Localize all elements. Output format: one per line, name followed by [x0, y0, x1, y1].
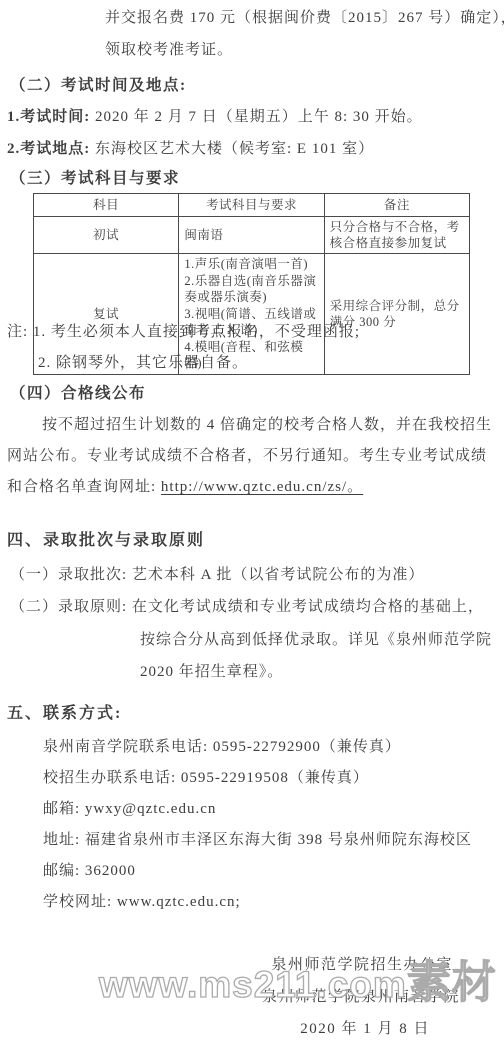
qualify-para-line-3: 和合格名单查询网址: http://www.qztc.edu.cn/zs/。 [7, 477, 363, 497]
requirement-item: 1.声乐(南音演唱一首) [184, 256, 318, 273]
results-url-link[interactable]: http://www.qztc.edu.cn/zs/。 [161, 479, 363, 495]
contact-postcode: 邮编: 362000 [43, 861, 136, 881]
document-page: 并交报名费 170 元（根据闽价费〔2015〕267 号）确定）， 领取校考准考… [0, 0, 504, 1042]
exam-subjects-table: 科目 考试科目与要求 备注 初试 闽南语 只分合格与不合格，考核合格直接参加复试… [33, 193, 470, 375]
exam-time-value: 2020 年 2 月 7 日（星期五）上午 8: 30 开始。 [90, 109, 422, 125]
signature-date: 2020 年 1 月 8 日 [300, 1017, 430, 1038]
admission-principle-line-1: （二）录取原则: 在文化考试成绩和专业考试成绩均合格的基础上， [10, 597, 484, 617]
requirement-item: 2.乐器自选(南音乐器演奏或器乐演奏) [184, 273, 318, 306]
qualify-para-line-1: 按不超过招生计划数的 4 倍确定的校考合格人数，并在我校招生 [42, 415, 492, 435]
row1-requirements: 闽南语 [179, 217, 324, 254]
exam-place-value: 东海校区艺术大楼（候考室: E 101 室） [90, 141, 374, 157]
table-header-row: 科目 考试科目与要求 备注 [34, 194, 470, 217]
row2-remark: 采用综合评分制，总分满分 300 分 [324, 254, 469, 375]
section4-heading: （四）合格线公布 [10, 384, 146, 404]
row1-subject: 初试 [34, 217, 179, 254]
section2-heading: （二）考试时间及地点: [10, 76, 187, 96]
section3-heading: （三）考试科目与要求 [10, 169, 180, 189]
exam-time-line: 1.考试时间: 2020 年 2 月 7 日（星期五）上午 8: 30 开始。 [7, 107, 423, 127]
table-row: 初试 闽南语 只分合格与不合格，考核合格直接参加复试 [34, 217, 470, 254]
exam-place-label: 2.考试地点: [7, 141, 90, 157]
watermark-latin: www.ms211.com [99, 964, 407, 1005]
part4-heading: 四、录取批次与录取原则 [7, 531, 205, 551]
contact-address: 地址: 福建省泉州市丰泽区东海大街 398 号泉州师院东海校区 [43, 830, 472, 850]
header-subject: 科目 [34, 194, 179, 217]
admission-batch-line: （一）录取批次: 艺术本科 A 批（以省考试院公布的为准） [10, 565, 424, 585]
contact-email: 邮箱: ywxy@qztc.edu.cn [43, 799, 216, 819]
intro-line-2: 领取校考准考证。 [105, 40, 233, 60]
row1-remark: 只分合格与不合格，考核合格直接参加复试 [324, 217, 469, 254]
intro-line-1: 并交报名费 170 元（根据闽价费〔2015〕267 号）确定）， [105, 8, 504, 28]
note-line-2: 2. 除钢琴外，其它乐器自备。 [38, 353, 248, 373]
header-remark: 备注 [324, 194, 469, 217]
contact-phone-nanyin: 泉州南音学院联系电话: 0595-22792900（兼传真） [43, 737, 401, 757]
part5-heading: 五、联系方式: [7, 704, 122, 724]
watermark-cjk: 素材 [407, 958, 497, 1007]
watermark: www.ms211.com素材 [99, 946, 497, 1010]
contact-phone-admissions: 校招生办联系电话: 0595-22919508（兼传真） [43, 768, 369, 788]
note-line-1: 注: 1. 考生必须本人直接到考点报名，不受理函报; [7, 322, 360, 342]
admission-principle-line-3: 2020 年招生章程》。 [140, 662, 283, 682]
qualify-para-line-2: 网站公布。专业考试成绩不合格者，不另行通知。考生专业考试成绩 [7, 446, 487, 466]
header-requirements: 考试科目与要求 [179, 194, 324, 217]
exam-time-label: 1.考试时间: [7, 109, 90, 125]
admission-principle-line-2: 按综合分从高到低择优录取。详见《泉州师范学院 [140, 630, 492, 650]
contact-website: 学校网址: www.qztc.edu.cn; [43, 892, 241, 912]
url-prefix: 和合格名单查询网址: [7, 479, 161, 495]
exam-place-line: 2.考试地点: 东海校区艺术大楼（候考室: E 101 室） [7, 139, 374, 159]
